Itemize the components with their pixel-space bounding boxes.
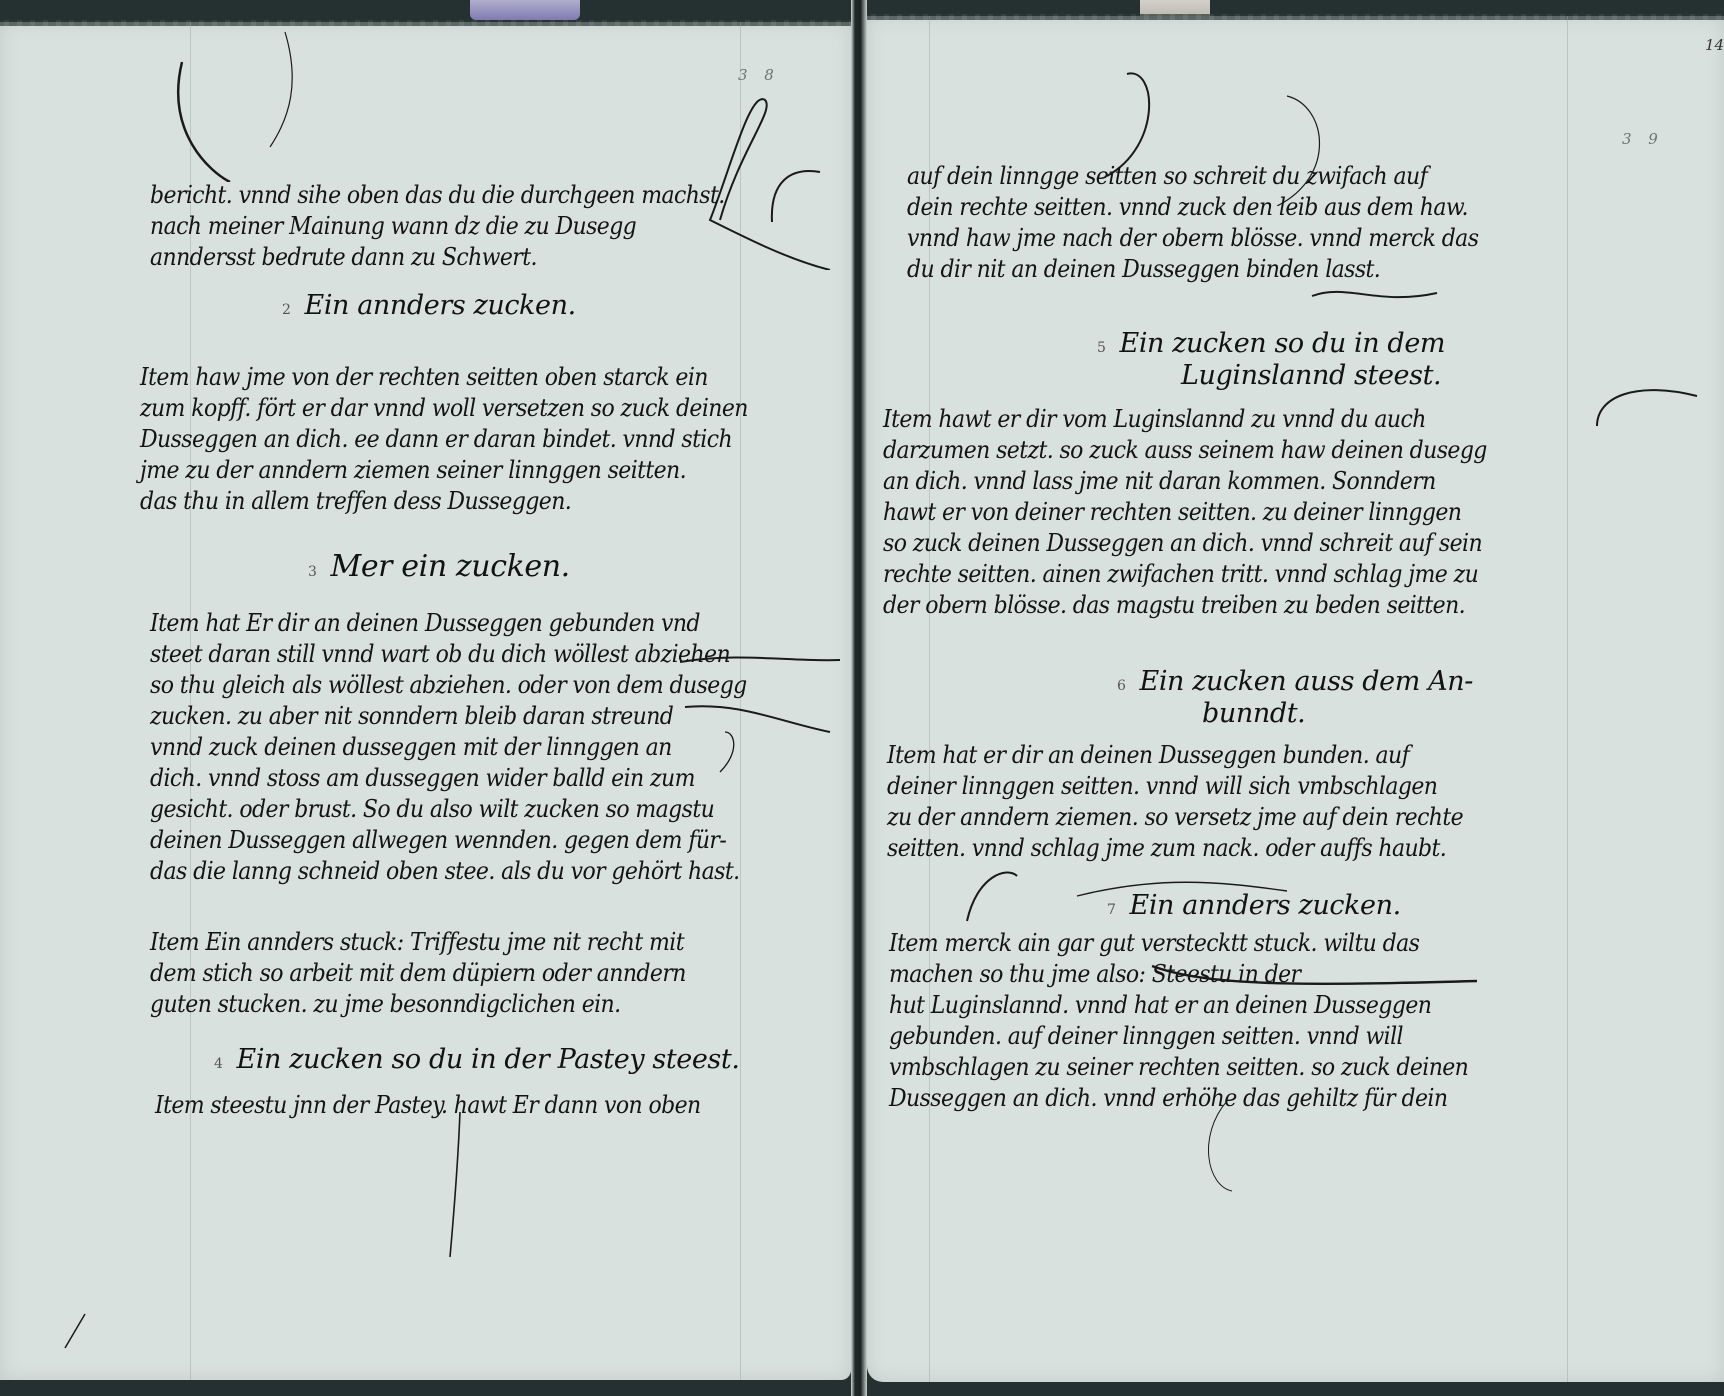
text-block-section-2: Item haw jme von der rechten seitten obe… bbox=[140, 362, 748, 517]
section-heading: 3Mer ein zucken. bbox=[308, 549, 570, 584]
left-page: 3 8 bericht. vnnd sihe oben das du die d… bbox=[0, 22, 851, 1380]
deckle-edge bbox=[867, 14, 1724, 20]
text-line: an dich. vnnd lass jme nit daran kommen.… bbox=[883, 464, 1487, 499]
margin-flourish bbox=[770, 162, 830, 232]
text-line: anndersst bedrute dann zu Schwert. bbox=[150, 240, 725, 275]
section-heading-line2: bunndt. bbox=[1202, 698, 1305, 729]
text-line: jme zu der anndern ziemen seiner linngge… bbox=[140, 453, 748, 488]
text-line: Item haw jme von der rechten seitten obe… bbox=[140, 360, 748, 395]
fold-line bbox=[1567, 16, 1568, 1382]
text-line: so thu gleich als wöllest abziehen. oder… bbox=[150, 668, 747, 703]
right-page: 3 9 14 auf dein linngge seitten so schre… bbox=[867, 16, 1724, 1382]
text-line: guten stucken. zu jme besonndigclichen e… bbox=[150, 987, 686, 1022]
section-heading: 5Ein zucken so du in dem bbox=[1097, 328, 1445, 359]
ascender-flourish bbox=[170, 22, 330, 182]
text-block-section-7: Item merck ain gar gut verstecktt stuck.… bbox=[889, 928, 1468, 1114]
text-line: gesicht. oder brust. So du also wilt zuc… bbox=[150, 792, 747, 827]
text-block-intro: bericht. vnnd sihe oben das du die durch… bbox=[150, 180, 725, 273]
text-line: zum kopff. fört er dar vnnd woll versetz… bbox=[140, 391, 748, 426]
text-line: Dusseggen an dich. vnnd erhöhe das gehil… bbox=[889, 1081, 1468, 1116]
text-line: vnnd zuck deinen dusseggen mit der linng… bbox=[150, 730, 747, 765]
text-line: so zuck deinen Dusseggen an dich. vnnd s… bbox=[883, 526, 1487, 561]
text-line: rechte seitten. ainen zwifachen tritt. v… bbox=[883, 557, 1487, 592]
text-line: der obern blösse. das magstu treiben zu … bbox=[883, 588, 1487, 623]
text-line: Item hat Er dir an deinen Dusseggen gebu… bbox=[150, 606, 747, 641]
text-block-section-3: Item hat Er dir an deinen Dusseggen gebu… bbox=[150, 608, 747, 887]
book-gutter bbox=[851, 0, 867, 1396]
text-line: vnnd haw jme nach der obern blösse. vnnd… bbox=[907, 221, 1478, 256]
text-block-section-6: Item hat er dir an deinen Dusseggen bund… bbox=[887, 740, 1463, 864]
section-heading: 7Ein annders zucken. bbox=[1107, 890, 1401, 921]
text-line: auf dein linngge seitten so schreit du z… bbox=[907, 159, 1478, 194]
text-line: Item hat er dir an deinen Dusseggen bund… bbox=[887, 738, 1463, 773]
deckle-edge bbox=[0, 20, 851, 26]
text-line: Item merck ain gar gut verstecktt stuck.… bbox=[889, 926, 1468, 961]
section-heading: 2Ein annders zucken. bbox=[282, 290, 576, 321]
text-line: dem stich so arbeit mit dem düpiern oder… bbox=[150, 956, 686, 991]
text-line: deinen Dusseggen allwegen wennden. gegen… bbox=[150, 823, 747, 858]
text-line: zucken. zu aber nit sonndern bleib daran… bbox=[150, 699, 747, 734]
text-line: darzumen setzt. so zuck auss seinem haw … bbox=[883, 433, 1487, 468]
colour-target-tab bbox=[470, 0, 580, 20]
text-line: Item hawt er dir vom Luginslannd zu vnnd… bbox=[883, 402, 1487, 437]
text-line: das thu in allem treffen dess Dusseggen. bbox=[140, 484, 748, 519]
text-line: machen so thu jme also: Steestu in der bbox=[889, 957, 1468, 992]
text-line: hawt er von deiner rechten seitten. zu d… bbox=[883, 495, 1487, 530]
text-line: nach meiner Mainung wann dz die zu Duseg… bbox=[150, 209, 725, 244]
text-line: du dir nit an deinen Dusseggen binden la… bbox=[907, 252, 1478, 287]
text-block-section-5: Item hawt er dir vom Luginslannd zu vnnd… bbox=[883, 404, 1487, 621]
text-line: zu der anndern ziemen. so versetz jme au… bbox=[887, 800, 1463, 835]
text-line: dich. vnnd stoss am dusseggen wider ball… bbox=[150, 761, 747, 796]
folio-number: 3 9 bbox=[1622, 130, 1664, 148]
margin-flourish bbox=[1587, 376, 1724, 456]
text-line: bericht. vnnd sihe oben das du die durch… bbox=[150, 178, 725, 213]
section-heading: 4Ein zucken so du in der Pastey steest. bbox=[214, 1044, 740, 1075]
text-line: Item Ein annders stuck: Triffestu jme ni… bbox=[150, 925, 686, 960]
stray-mark bbox=[60, 1312, 90, 1352]
corner-mark: 14 bbox=[1705, 36, 1724, 54]
text-line: das die lanng schneid oben stee. als du … bbox=[150, 854, 747, 889]
text-line: deiner linnggen seitten. vnnd will sich … bbox=[887, 769, 1463, 804]
text-block-section-4: Item steestu jnn der Pastey. hawt Er dan… bbox=[155, 1090, 701, 1121]
descender-stroke bbox=[440, 1112, 480, 1262]
text-line: steet daran still vnnd wart ob du dich w… bbox=[150, 637, 747, 672]
text-block-intro: auf dein linngge seitten so schreit du z… bbox=[907, 161, 1478, 285]
folio-number: 3 8 bbox=[738, 66, 780, 84]
section-heading: 6Ein zucken auss dem An- bbox=[1117, 666, 1473, 697]
text-line: Dusseggen an dich. ee dann er daran bind… bbox=[140, 422, 748, 457]
text-line: vmbschlagen zu seiner rechten seitten. s… bbox=[889, 1050, 1468, 1085]
text-line: gebunden. auf deiner linnggen seitten. v… bbox=[889, 1019, 1468, 1054]
text-line: hut Luginslannd. vnnd hat er an deinen D… bbox=[889, 988, 1468, 1023]
text-line: dein rechte seitten. vnnd zuck den leib … bbox=[907, 190, 1478, 225]
section-heading-line2: Luginslannd steest. bbox=[1181, 360, 1441, 391]
text-line: Item steestu jnn der Pastey. hawt Er dan… bbox=[155, 1088, 701, 1123]
text-block-another-piece: Item Ein annders stuck: Triffestu jme ni… bbox=[150, 927, 686, 1020]
text-line: seitten. vnnd schlag jme zum nack. oder … bbox=[887, 831, 1463, 866]
